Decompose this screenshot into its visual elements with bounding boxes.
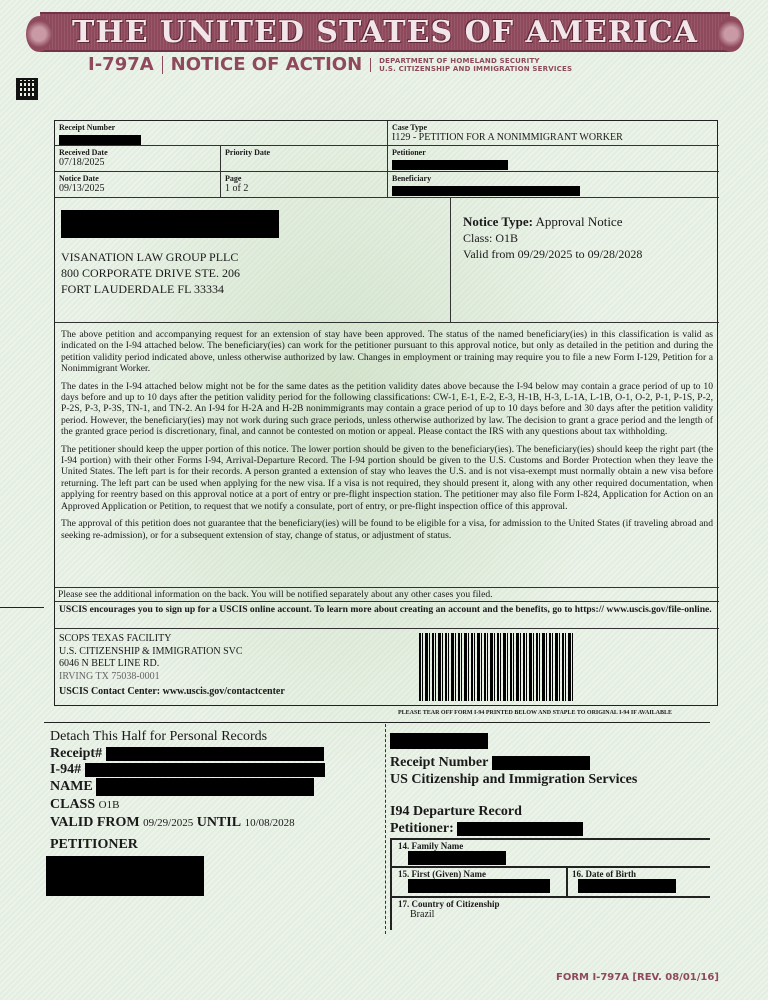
facility-block: SCOPS TEXAS FACILITY U.S. CITIZENSHIP & … (55, 629, 719, 707)
form-id: I-797A (88, 54, 154, 75)
i94-petitioner-row: Petitioner: (390, 821, 710, 837)
family-name-field: 14. Family Name (392, 840, 710, 868)
stub-title: Detach This Half for Personal Records (50, 728, 380, 746)
addressee-redacted (61, 210, 279, 238)
date-of-birth-field: 16. Date of Birth (568, 868, 710, 898)
agency-name: U.S. CITIZENSHIP AND IMMIGRATION SERVICE… (379, 65, 572, 73)
case-type-label: Case Type (392, 123, 715, 132)
stub-i94-redacted (85, 763, 325, 777)
address-line-3: FORT LAUDERDALE FL 33334 (61, 281, 444, 297)
stub-name-row: NAME (50, 778, 380, 796)
department-name: DEPARTMENT OF HOMELAND SECURITY (379, 57, 540, 65)
notice-type-label: Notice Type: (463, 214, 533, 229)
petitioner-redacted (392, 160, 508, 170)
i94-petitioner-redacted (457, 822, 583, 836)
i94-receipt-row: Receipt Number (390, 754, 710, 771)
facility-line-3: 6046 N BELT LINE RD. (59, 658, 715, 671)
beneficiary-redacted (392, 186, 580, 196)
approval-terms: The above petition and accompanying requ… (55, 323, 719, 588)
fold-mark (0, 607, 44, 608)
first-name-field: 15. First (Given) Name (392, 868, 568, 898)
receipt-number-label: Receipt Number (59, 123, 383, 132)
receipt-number-cell: Receipt Number (55, 121, 388, 146)
facility-line-1: SCOPS TEXAS FACILITY (59, 633, 715, 646)
page-value: 1 of 2 (225, 183, 383, 194)
received-date-label: Received Date (59, 148, 216, 157)
stub-class-label: CLASS (50, 797, 95, 812)
case-type-cell: Case Type I129 - PETITION FOR A NONIMMIG… (388, 121, 719, 146)
terms-paragraph-4: The approval of this petition does not g… (61, 518, 713, 541)
received-date-value: 07/18/2025 (59, 157, 216, 168)
petitioner-cell: Petitioner (388, 146, 719, 172)
mailing-address-cell: VISANATION LAW GROUP PLLC 800 CORPORATE … (55, 198, 451, 323)
barcode-icon (419, 633, 575, 701)
header-banner: THE UNITED STATES OF AMERICA (40, 12, 730, 52)
address-line-2: 800 CORPORATE DRIVE STE. 206 (61, 265, 444, 281)
personal-records-stub: Detach This Half for Personal Records Re… (50, 728, 380, 901)
banner-title: THE UNITED STATES OF AMERICA (72, 15, 698, 50)
notice-type-cell: Notice Type: Approval Notice Class: O1B … (451, 198, 719, 323)
i94-number-redacted (390, 733, 488, 749)
page-label: Page (225, 174, 383, 183)
facility-line-2: U.S. CITIZENSHIP & IMMIGRATION SVC (59, 646, 715, 659)
online-account-notice: USCIS encourages you to sign up for a US… (55, 602, 719, 629)
i94-agency: US Citizenship and Immigration Services (390, 771, 710, 789)
beneficiary-cell: Beneficiary (388, 172, 719, 198)
address-line-1: VISANATION LAW GROUP PLLC (61, 249, 444, 265)
stub-receipt-row: Receipt# (50, 746, 380, 762)
divider (162, 56, 163, 74)
stub-i94-label: I-94# (50, 762, 81, 777)
stub-class-row: CLASS O1B (50, 796, 380, 814)
terms-paragraph-3: The petitioner should keep the upper por… (61, 444, 713, 512)
stub-petitioner-label: PETITIONER (50, 836, 380, 854)
case-type-value: I129 - PETITION FOR A NONIMMIGRANT WORKE… (392, 132, 715, 143)
stub-until-label: UNTIL (197, 815, 241, 830)
country-label: 17. Country of Citizenship (398, 899, 586, 909)
notice-type-value: Approval Notice (535, 214, 622, 229)
stub-valid-from-label: VALID FROM (50, 815, 140, 830)
tear-line (44, 722, 710, 723)
stub-receipt-label: Receipt# (50, 746, 102, 761)
family-name-label: 14. Family Name (398, 841, 704, 851)
stub-valid-from-value: 09/29/2025 (143, 817, 193, 829)
form-title: NOTICE OF ACTION (171, 54, 362, 75)
stub-until-value: 10/08/2028 (245, 817, 295, 829)
i94-receipt-redacted (492, 756, 590, 770)
i94-fields-grid: 14. Family Name 15. First (Given) Name 1… (390, 838, 710, 930)
tear-off-instruction: PLEASE TEAR OFF FORM I-94 PRINTED BELOW … (398, 710, 672, 716)
validity-period: Valid from 09/29/2025 to 09/28/2028 (463, 246, 707, 262)
page-cell: Page 1 of 2 (221, 172, 388, 198)
country-value: Brazil (410, 909, 586, 920)
stub-i94-row: I-94# (50, 762, 380, 778)
contact-center: USCIS Contact Center: www.uscis.gov/cont… (59, 685, 715, 699)
facility-line-4: IRVING TX 75038-0001 (59, 671, 715, 684)
notice-table: Receipt Number Case Type I129 - PETITION… (54, 120, 718, 706)
first-name-redacted (408, 879, 550, 893)
form-revision: FORM I-797A [REV. 08/01/16] (556, 972, 719, 983)
first-name-label: 15. First (Given) Name (398, 869, 560, 879)
beneficiary-label: Beneficiary (392, 174, 715, 183)
received-date-cell: Received Date 07/18/2025 (55, 146, 221, 172)
divider (370, 58, 371, 72)
stub-name-redacted (96, 778, 314, 796)
terms-paragraph-2: The dates in the I-94 attached below mig… (61, 381, 713, 438)
priority-date-cell: Priority Date (221, 146, 388, 172)
rosette-left-icon (26, 16, 52, 52)
notice-date-value: 09/13/2025 (59, 183, 216, 194)
form-heading: I-797A NOTICE OF ACTION DEPARTMENT OF HO… (88, 54, 572, 75)
department-block: DEPARTMENT OF HOMELAND SECURITY U.S. CIT… (379, 57, 572, 73)
rosette-right-icon (718, 16, 744, 52)
i94-petitioner-label: Petitioner: (390, 821, 454, 836)
receipt-number-redacted (59, 135, 141, 145)
stub-name-label: NAME (50, 779, 93, 794)
class-value: Class: O1B (463, 230, 707, 246)
family-name-redacted (408, 851, 506, 865)
stub-petitioner-redacted (46, 856, 204, 896)
dob-label: 16. Date of Birth (572, 869, 706, 879)
stub-receipt-redacted (106, 747, 324, 761)
dob-redacted (578, 879, 676, 893)
stub-validity-row: VALID FROM 09/29/2025 UNTIL 10/08/2028 (50, 814, 380, 832)
terms-paragraph-1: The above petition and accompanying requ… (61, 329, 713, 375)
i94-record-title: I94 Departure Record (390, 803, 710, 821)
i94-departure-record: Receipt Number US Citizenship and Immigr… (390, 733, 710, 837)
i94-receipt-label: Receipt Number (390, 755, 488, 770)
stub-class-value: O1B (99, 799, 120, 811)
country-field: 17. Country of Citizenship Brazil (392, 898, 592, 932)
notice-date-label: Notice Date (59, 174, 216, 183)
datamatrix-code-icon (16, 78, 38, 100)
notice-type-line: Notice Type: Approval Notice (463, 214, 707, 230)
priority-date-label: Priority Date (225, 148, 383, 157)
perforation-line (385, 724, 386, 934)
additional-info-note: Please see the additional information on… (55, 588, 719, 602)
notice-date-cell: Notice Date 09/13/2025 (55, 172, 221, 198)
petitioner-label: Petitioner (392, 148, 715, 157)
